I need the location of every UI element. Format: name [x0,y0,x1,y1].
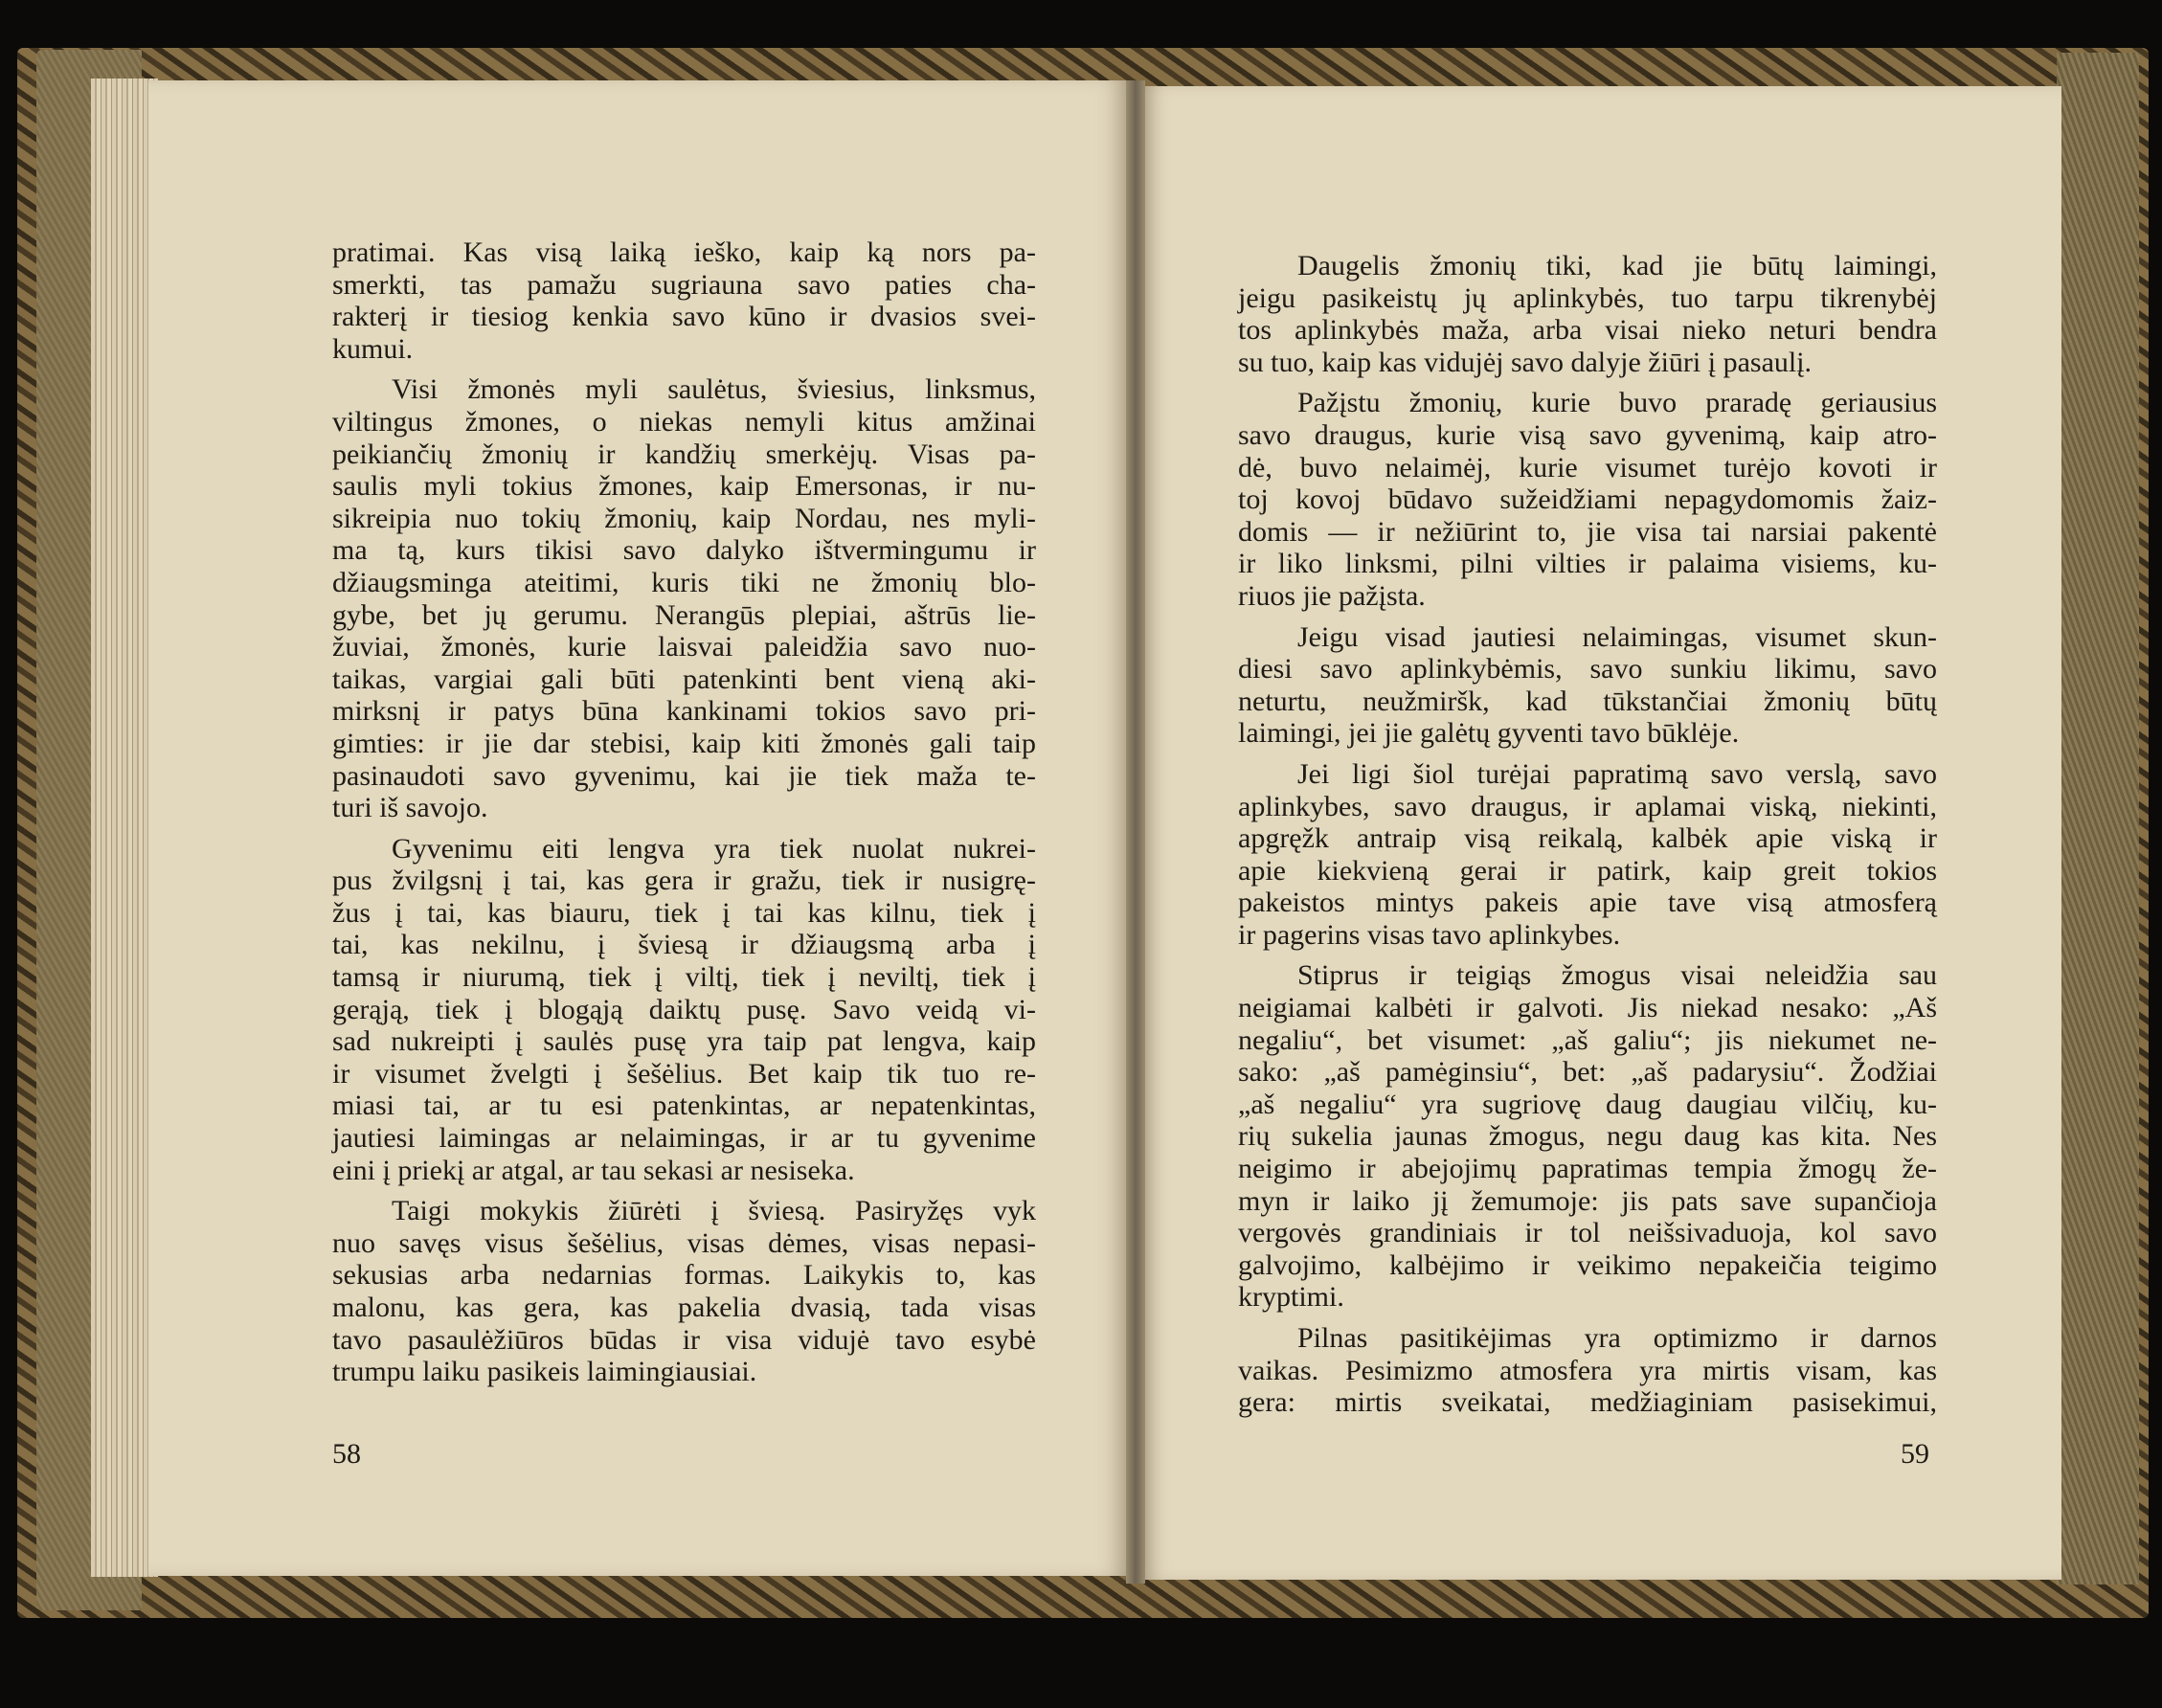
text-line: diesi savo aplinkybėmis, savo sunkiu lik… [1238,653,1937,685]
text-line: neigiamai kalbėti ir galvoti. Jis niekad… [1238,992,1937,1024]
text-line: rių sukelia jaunas žmogus, negu daug kas… [1238,1120,1937,1153]
text-line: turi iš savojo. [332,792,1036,824]
text-line: miasi tai, ar tu esi patenkintas, ar nep… [332,1090,1036,1122]
text-line: ir liko linksmi, pilni vilties ir palaim… [1238,548,1937,580]
text-line: džiaugsminga ateitimi, kuris tiki ne žmo… [332,567,1036,599]
text-line: mirksnį ir patys būna kankinami tokios s… [332,695,1036,728]
text-line: viltingus žmones, o niekas nemyli kitus … [332,406,1036,438]
text-line: negaliu“, bet visumet: „aš galiu“; jis n… [1238,1024,1937,1057]
text-line: sako: „aš pamėginsiu“, bet: „aš padarysi… [1238,1056,1937,1089]
text-line: malonu, kas gera, kas pakelia dvasią, ta… [332,1292,1036,1324]
text-line: Gyvenimu eiti lengva yra tiek nuolat nuk… [332,833,1036,865]
text-line: neigimo ir abejojimų papratimas tempia ž… [1238,1153,1937,1185]
text-line: ir pagerins visas tavo aplinkybes. [1238,919,1937,952]
text-line: vaikas. Pesimizmo atmosfera yra mirtis v… [1238,1355,1937,1387]
paragraph: Taigi mokykis žiūrėti į šviesą. Pasiryžę… [332,1195,1036,1388]
paragraph: Pažįstu žmonių, kurie buvo praradę geria… [1238,387,1937,612]
text-line: eini į priekį ar atgal, ar tau sekasi ar… [332,1155,1036,1187]
text-line: gybe, bet jų gerumu. Nerangūs plepiai, a… [332,599,1036,632]
text-line: pakeistos mintys pakeis apie tave visą a… [1238,887,1937,919]
text-line: tavo pasaulėžiūros būdas ir visa vidujė … [332,1324,1036,1357]
text-line: smerkti, tas pamažu sugriauna savo patie… [332,269,1036,302]
text-line: pratimai. Kas visą laiką ieško, kaip ką … [332,236,1036,269]
text-line: sekusias arba nedarnias formas. Laikykis… [332,1259,1036,1292]
text-line: saulis myli tokius žmones, kaip Emersona… [332,470,1036,503]
text-line: ma tą, kurs tikisi savo dalyko ištvermin… [332,534,1036,567]
paragraph: Jei ligi šiol turėjai papratimą savo ver… [1238,758,1937,952]
paragraph: Pilnas pasitikėjimas yra optimizmo ir da… [1238,1322,1937,1419]
text-line: kumui. [332,333,1036,366]
text-line: apie kiekvieną gerai ir patirk, kaip gre… [1238,855,1937,888]
text-line: laimingi, jei jie galėtų gyventi tavo bū… [1238,717,1937,750]
text-line: nuo savęs visus šešėlius, visas dėmes, v… [332,1227,1036,1260]
paragraph-gap [332,1186,1036,1195]
text-line: tai, kas nekilnu, į šviesą ir džiaugsmą … [332,929,1036,961]
text-line: žus į tai, kas biauru, tiek į tai kas ki… [332,897,1036,930]
text-line: neturtu, neužmiršk, kad tūkstančiai žmon… [1238,685,1937,718]
paragraph-gap [332,365,1036,373]
text-line: Visi žmonės myli saulėtus, šviesius, lin… [332,373,1036,406]
text-line: žuviai, žmonės, kurie laisvai paleidžia … [332,631,1036,663]
paragraph: Jeigu visad jautiesi nelaimingas, visume… [1238,621,1937,750]
paragraph-gap [1238,750,1937,758]
paragraph-gap [1238,613,1937,621]
text-line: dė, buvo nelaimėj, kurie visumet turėjo … [1238,452,1937,484]
text-line: savo draugus, kurie visą savo gyvenimą, … [1238,419,1937,452]
text-line: Jeigu visad jautiesi nelaimingas, visume… [1238,621,1937,654]
paragraph: Visi žmonės myli saulėtus, šviesius, lin… [332,373,1036,823]
text-line: galvojimo, kalbėjimo ir veikimo nepakeič… [1238,1249,1937,1282]
text-line: apgręžk antraip visą reikalą, kalbėk api… [1238,822,1937,855]
text-line: sikreipia nuo tokių žmonių, kaip Nordau,… [332,503,1036,535]
book-spine-cloth-right [2057,53,2139,1584]
text-line: myn ir laiko jį žemumoje: jis pats save … [1238,1185,1937,1218]
text-line: riuos jie pažįsta. [1238,580,1937,613]
text-line: Pažįstu žmonių, kurie buvo praradę geria… [1238,387,1937,419]
text-line: rakterį ir tiesiog kenkia savo kūno ir d… [332,301,1036,333]
text-line: su tuo, kaip kas vidujėj savo dalyje žiū… [1238,347,1937,379]
paragraph-gap [1238,951,1937,959]
right-page-text: Daugelis žmonių tiki, kad jie būtų laimi… [1238,250,1937,1419]
text-line: Taigi mokykis žiūrėti į šviesą. Pasiryžę… [332,1195,1036,1227]
text-line: domis — ir nežiūrint to, jie visa tai na… [1238,516,1937,549]
paragraph: Daugelis žmonių tiki, kad jie būtų laimi… [1238,250,1937,378]
page-number-right: 59 [1901,1438,1929,1471]
text-line: trumpu laiku pasikeis laimingiausiai. [332,1356,1036,1388]
paragraph-gap [332,824,1036,833]
text-line: „aš negaliu“ yra sugriovę daug daugiau v… [1238,1089,1937,1121]
paragraph: Stiprus ir teigiąs žmogus visai neleidži… [1238,959,1937,1314]
text-line: gimties: ir jie dar stebisi, kaip kiti ž… [332,728,1036,760]
text-line: jeigu pasikeistų jų aplinkybės, tuo tarp… [1238,282,1937,315]
paragraph-gap [1238,1314,1937,1322]
paragraph: pratimai. Kas visą laiką ieško, kaip ką … [332,236,1036,365]
text-line: toj kovoj būdavo sužeidžiami nepagydomom… [1238,483,1937,516]
text-line: kryptimi. [1238,1281,1937,1314]
text-line: Stiprus ir teigiąs žmogus visai neleidži… [1238,959,1937,992]
text-line: ir visumet žvelgti į šešėlius. Bet kaip … [332,1058,1036,1090]
text-line: pus žvilgsnį į tai, kas gera ir gražu, t… [332,865,1036,897]
text-line: Daugelis žmonių tiki, kad jie būtų laimi… [1238,250,1937,282]
text-line: tos aplinkybės maža, arba visai nieko ne… [1238,314,1937,347]
text-line: peikiančių žmonių ir kandžių smerkėjų. V… [332,438,1036,471]
page-number-left: 58 [332,1438,361,1471]
text-line: gerąją, tiek į blogąją daiktų pusę. Savo… [332,994,1036,1026]
left-page-text: pratimai. Kas visą laiką ieško, kaip ką … [332,236,1036,1388]
text-line: sad nukreipti į saulės pusę yra taip pat… [332,1025,1036,1058]
text-line: Pilnas pasitikėjimas yra optimizmo ir da… [1238,1322,1937,1355]
paragraph-gap [1238,378,1937,387]
text-line: Jei ligi šiol turėjai papratimą savo ver… [1238,758,1937,791]
text-line: gera: mirtis sveikatai, medžiaginiam pas… [1238,1386,1937,1419]
text-line: pasinaudoti savo gyvenimu, kai jie tiek … [332,760,1036,793]
paragraph: Gyvenimu eiti lengva yra tiek nuolat nuk… [332,833,1036,1187]
text-line: jautiesi laimingas ar nelaimingas, ir ar… [332,1122,1036,1155]
book-gutter [1126,80,1145,1584]
text-line: vergovės grandiniais ir tol neišsivaduoj… [1238,1217,1937,1249]
text-line: aplinkybes, savo draugus, ir aplamai vis… [1238,791,1937,823]
text-line: tamsą ir niurumą, tiek į viltį, tiek į n… [332,961,1036,994]
text-line: taikas, vargiai gali būti patenkinti ben… [332,663,1036,696]
